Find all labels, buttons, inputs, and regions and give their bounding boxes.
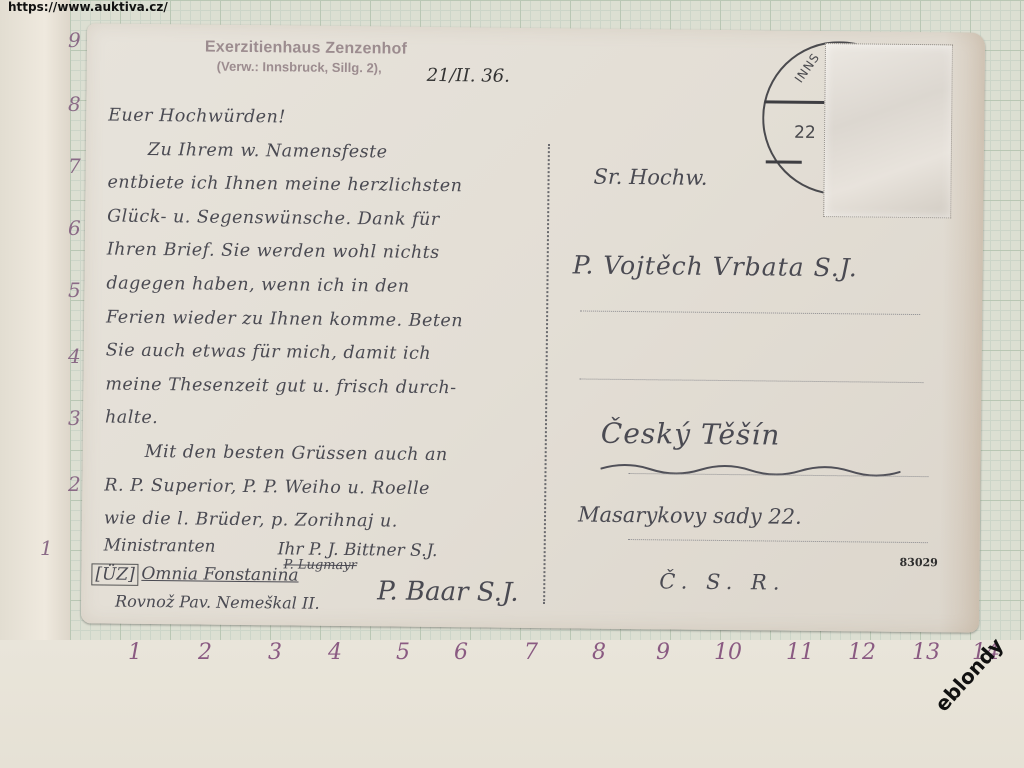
signature-boxed-initials: [ÜZ] bbox=[91, 563, 139, 585]
address-dotted-line bbox=[579, 378, 923, 383]
column-number: 13 bbox=[912, 640, 940, 665]
letter-line: Ihren Brief. Sie werden wohl nichts bbox=[107, 234, 547, 272]
address-title: Sr. Hochw. bbox=[593, 165, 707, 190]
letter-line: R. P. Superior, P. P. Weiho u. Roelle bbox=[104, 469, 544, 507]
signature-baar: P. Baar S.J. bbox=[377, 576, 519, 607]
row-number: 4 bbox=[68, 344, 81, 368]
signatures-block: Ministranten Ihr P. J. Bittner S.J. P. L… bbox=[87, 533, 548, 628]
column-number: 3 bbox=[268, 640, 282, 665]
source-url-label: https://www.auktiva.cz/ bbox=[8, 0, 168, 14]
column-number: 8 bbox=[592, 640, 606, 665]
signature-omnia: Omnia Fonstanina bbox=[141, 564, 298, 586]
row-number: 9 bbox=[68, 28, 81, 52]
address-country: Č. S. R. bbox=[659, 569, 785, 594]
row-number: 1 bbox=[40, 536, 53, 560]
row-number: 6 bbox=[68, 216, 81, 240]
column-number: 11 bbox=[786, 640, 814, 665]
column-number: 5 bbox=[396, 640, 410, 665]
column-number: 10 bbox=[714, 640, 742, 665]
letter-line: Ferien wieder zu Ihnen komme. Beten bbox=[106, 301, 546, 339]
row-number: 8 bbox=[68, 92, 81, 116]
letter-line: meine Thesenzeit gut u. frisch durch- bbox=[105, 368, 545, 406]
column-number: 2 bbox=[198, 640, 212, 665]
printed-header: Exerzitienhaus Zenzenhof (Verw.: Innsbru… bbox=[205, 39, 408, 76]
header-address: (Verw.: Innsbruck, Sillg. 2), bbox=[217, 59, 407, 76]
letter-line-ministranten: Ministranten bbox=[104, 536, 216, 557]
row-number: 2 bbox=[68, 472, 81, 496]
row-number: 7 bbox=[68, 154, 81, 178]
letter-line: Zu Ihrem w. Namensfeste bbox=[108, 133, 548, 171]
card-number: 83029 bbox=[899, 556, 937, 569]
signature-nemeskal: Rovnož Pav. Nemeškal II. bbox=[115, 592, 320, 613]
address-dotted-line bbox=[628, 539, 928, 543]
column-number: 12 bbox=[848, 640, 876, 665]
letter-body: Euer Hochwürden! Zu Ihrem w. Namensfeste… bbox=[104, 100, 549, 541]
row-number: 5 bbox=[68, 278, 81, 302]
column-number: 6 bbox=[454, 640, 468, 665]
address-street: Masarykovy sady 22. bbox=[578, 502, 802, 528]
letter-line: Glück- u. Segenswünsche. Dank für bbox=[107, 200, 547, 238]
column-number: 1 bbox=[128, 640, 142, 665]
address-name: P. Vojtěch Vrbata S.J. bbox=[573, 250, 858, 282]
letter-date: 21/II. 36. bbox=[427, 65, 510, 87]
address-city: Český Těšín bbox=[601, 417, 781, 452]
letter-line: dagegen haben, wenn ich in den bbox=[106, 268, 546, 306]
letter-line: halte. bbox=[105, 402, 545, 440]
column-number: 7 bbox=[524, 640, 538, 665]
address-block: Sr. Hochw. P. Vojtěch Vrbata S.J. Český … bbox=[569, 28, 975, 632]
letter-line: Mit den besten Grüssen auch an bbox=[104, 435, 544, 473]
address-dotted-line bbox=[580, 310, 920, 315]
column-number: 9 bbox=[656, 640, 670, 665]
header-institution: Exerzitienhaus Zenzenhof bbox=[205, 39, 407, 59]
letter-salutation: Euer Hochwürden! bbox=[108, 100, 548, 138]
row-number: 3 bbox=[68, 406, 81, 430]
letter-line: entbiete ich Ihnen meine herzlichsten bbox=[107, 167, 547, 205]
column-number: 4 bbox=[328, 640, 342, 665]
letter-line: Sie auch etwas für mich, damit ich bbox=[106, 335, 546, 373]
postcard: Exerzitienhaus Zenzenhof (Verw.: Innsbru… bbox=[81, 23, 985, 632]
